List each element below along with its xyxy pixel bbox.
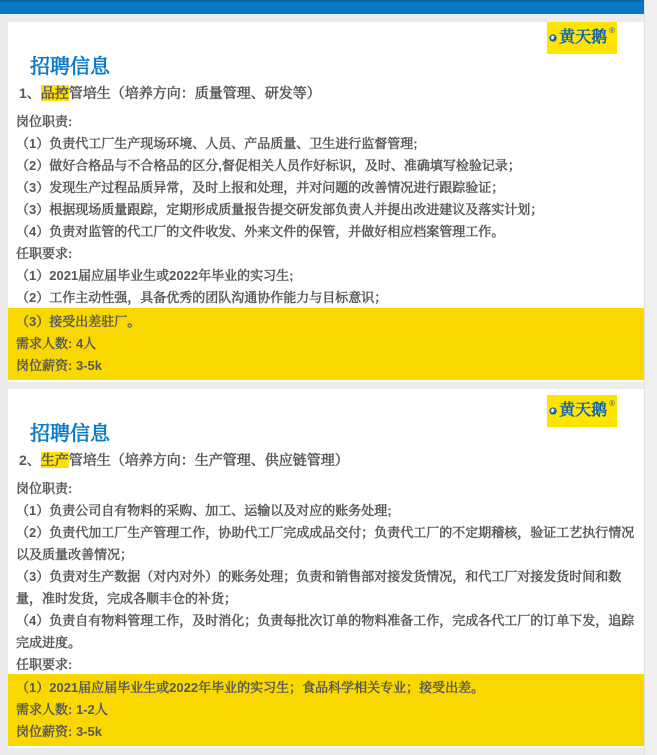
- requirement-item: （1）2021届应届毕业生或2022年毕业的实习生;: [16, 265, 637, 287]
- job-title-line: 2、生产管培生（培养方向：生产管理、供应链管理）: [19, 451, 637, 470]
- job-highlighted-word: 生产: [41, 452, 69, 468]
- job-title-line: 1、品控管培生（培养方向：质量管理、研发等）: [19, 84, 637, 103]
- responsibility-item: （2）做好合格品与不合格品的区分,督促相关人员作好标识，及时、准确填写检验记录；: [16, 155, 637, 177]
- registered-mark: ®: [609, 400, 615, 408]
- requirements-heading: 任职要求:: [16, 654, 637, 676]
- salary-line: 岗位薪资: 3-5k: [16, 722, 636, 742]
- requirement-item-highlighted: （1）2021届应届毕业生或2022年毕业的实习生；食品科学相关专业；接受出差。: [16, 678, 636, 698]
- job-card-2: 黄天鹅 ® 招聘信息 2、生产管培生（培养方向：生产管理、供应链管理） 岗位职责…: [8, 389, 644, 748]
- brand-logo: 黄天鹅 ®: [547, 22, 617, 54]
- page: { "brand": { "name": "黄天鹅", "registered"…: [0, 0, 657, 755]
- responsibility-item: （4）负责对监管的代工厂的文件收发、外来文件的保管，并做好相应档案管理工作。: [16, 221, 637, 243]
- job-title-rest: 管培生（培养方向：质量管理、研发等）: [69, 85, 321, 101]
- job-number: 2、: [19, 452, 41, 468]
- salary-line: 岗位薪资: 3-5k: [16, 356, 636, 376]
- responsibility-item: （3）发现生产过程品质异常，及时上报和处理，并对问题的改善情况进行跟踪验证；: [16, 177, 637, 199]
- registered-mark: ®: [609, 27, 615, 35]
- highlight-band: （3）接受出差驻厂。 需求人数: 4人 岗位薪资: 3-5k: [8, 308, 644, 380]
- swan-icon: [549, 401, 557, 421]
- card-title: 招聘信息: [30, 55, 637, 80]
- brand-logo: 黄天鹅 ®: [547, 395, 617, 427]
- requirement-item-highlighted: （3）接受出差驻厂。: [16, 312, 636, 332]
- responsibilities-heading: 岗位职责:: [16, 478, 637, 500]
- responsibility-item: （1）负责公司自有物料的采购、加工、运输以及对应的账务处理;: [16, 500, 637, 522]
- swan-icon: [549, 28, 557, 48]
- brand-name: 黄天鹅: [559, 30, 607, 46]
- responsibility-item: （3）根据现场质量跟踪，定期形成质量报告提交研发部负责人并提出改进建议及落实计划…: [16, 199, 637, 221]
- highlight-band: （1）2021届应届毕业生或2022年毕业的实习生；食品科学相关专业；接受出差。…: [8, 674, 644, 746]
- job-title-rest: 管培生（培养方向：生产管理、供应链管理）: [69, 452, 349, 468]
- scrollbar-track[interactable]: [644, 0, 657, 755]
- job-number: 1、: [19, 85, 41, 101]
- top-blue-bar: [0, 0, 644, 14]
- job-card-1: 黄天鹅 ® 招聘信息 1、品控管培生（培养方向：质量管理、研发等） 岗位职责: …: [8, 22, 644, 382]
- responsibility-item: （4）负责自有物料管理工作，及时消化；负责每批次订单的物料准备工作，完成各代工厂…: [16, 610, 637, 654]
- headcount-line: 需求人数: 1-2人: [16, 700, 636, 720]
- responsibility-item: （1）负责代工厂生产现场环境、人员、产品质量、卫生进行监督管理;: [16, 133, 637, 155]
- job-highlighted-word: 品控: [41, 85, 69, 101]
- requirement-item: （2）工作主动性强，具备优秀的团队沟通协作能力与目标意识；: [16, 287, 637, 309]
- requirements-heading: 任职要求:: [16, 243, 637, 265]
- responsibility-item: （2）负责代加工厂生产管理工作，协助代工厂完成成品交付；负责代工厂的不定期稽核，…: [16, 522, 637, 566]
- headcount-line: 需求人数: 4人: [16, 334, 636, 354]
- card-title: 招聘信息: [30, 422, 637, 447]
- brand-name: 黄天鹅: [559, 403, 607, 419]
- responsibilities-heading: 岗位职责:: [16, 111, 637, 133]
- responsibility-item: （3）负责对生产数据（对内对外）的账务处理；负责和销售部对接发货情况，和代工厂对…: [16, 566, 637, 610]
